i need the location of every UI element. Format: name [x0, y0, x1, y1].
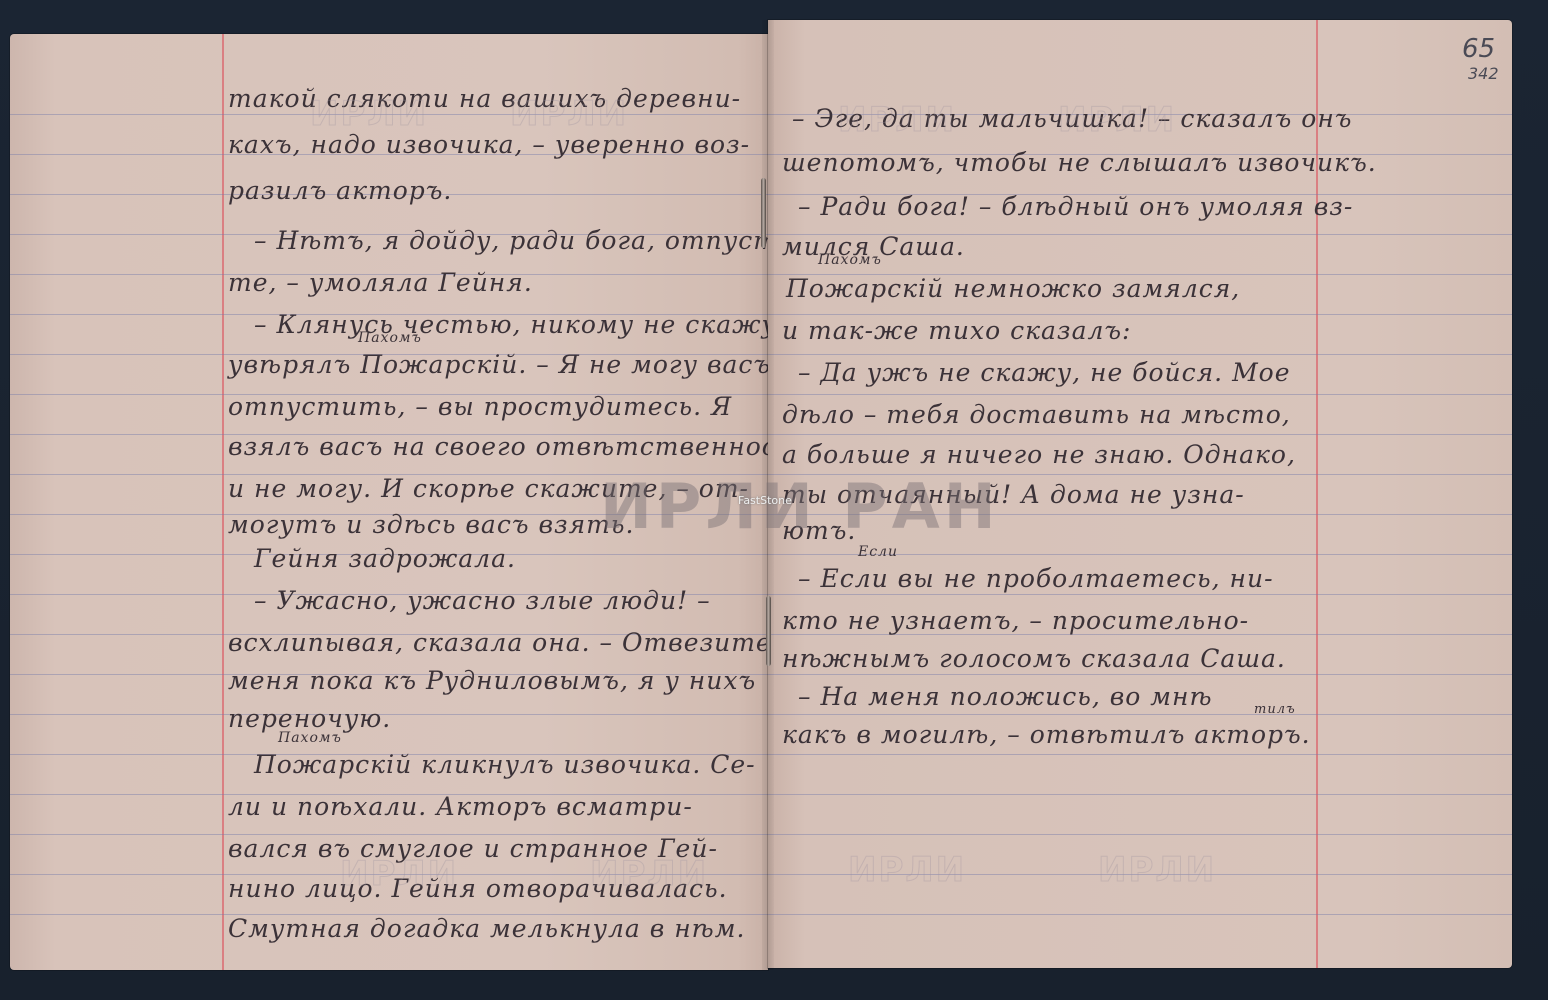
manuscript-line: взялъ васъ на своего отвѣтственность,: [228, 432, 825, 461]
manuscript-line: Гейня задрожала.: [254, 544, 516, 573]
ruled-line: [768, 674, 1512, 675]
manuscript-line: – Ужасно, ужасно злые люди! –: [254, 586, 711, 615]
ruled-line: [768, 434, 1512, 435]
manuscript-line: ли и поѣхали. Акторъ всматри-: [228, 792, 693, 821]
insertion-note: Пахомъ: [818, 252, 882, 268]
ruled-line: [768, 714, 1512, 715]
manuscript-line: шепотомъ, чтобы не слышалъ извочикъ.: [782, 148, 1377, 177]
insertion-note: Если: [858, 544, 898, 560]
manuscript-line: увѣрялъ Пожарскiй. – Я не могу васъ: [228, 350, 771, 379]
ruled-line: [768, 394, 1512, 395]
manuscript-line: могутъ и здѣсь васъ взять.: [228, 510, 634, 539]
manuscript-line: нѣжнымъ голосомъ сказала Саша.: [782, 644, 1286, 673]
left-margin-line: [222, 34, 224, 970]
manuscript-line: Пожарскiй немножко замялся,: [786, 274, 1240, 303]
manuscript-line: кахъ, надо извочика, – уверенно воз-: [228, 130, 750, 159]
watermark-irli: ИРЛИ: [838, 100, 956, 140]
manuscript-line: какъ в могилѣ, – отвѣтилъ акторъ.: [782, 720, 1311, 749]
watermark-irli: ИРЛИ: [590, 854, 708, 894]
manuscript-line: переночую.: [228, 704, 391, 733]
manuscript-line: те, – умоляла Гейня.: [228, 268, 533, 297]
staple-top: [761, 178, 766, 248]
manuscript-line: – Если вы не проболтаетесь, ни-: [798, 564, 1274, 593]
manuscript-line: такой слякоти на вашихъ деревни-: [228, 84, 741, 113]
insertion-note: тилъ: [1254, 702, 1296, 717]
archive-number: 342: [1468, 64, 1499, 83]
ruled-line: [768, 314, 1512, 315]
watermark-irli: ИРЛИ: [848, 850, 966, 890]
manuscript-line: Пожарскiй кликнулъ извочика. Се-: [254, 750, 756, 779]
faststone-watermark: FastStone: [738, 494, 792, 507]
ruled-line: [768, 914, 1512, 915]
ruled-line: [768, 834, 1512, 835]
manuscript-line: Смутная догадка мелькнула в нѣм.: [228, 914, 745, 943]
manuscript-line: а больше я ничего не знаю. Однако,: [782, 440, 1296, 469]
watermark-irli: ИРЛИ: [340, 854, 458, 894]
watermark-irli: ИРЛИ: [310, 94, 428, 134]
manuscript-line: – Клянусь честью, никому не скажу, –: [254, 310, 808, 339]
staple-bottom: [766, 596, 771, 666]
manuscript-line: и так-же тихо сказалъ:: [782, 316, 1131, 345]
watermark-main: ИРЛИ РАН: [600, 470, 1000, 543]
manuscript-line: – Нѣтъ, я дойду, ради бога, отпусти-: [254, 226, 804, 255]
insertion-note: Пахомъ: [278, 730, 342, 746]
insertion-note: Пахомъ: [358, 330, 422, 346]
manuscript-line: меня пока къ Рудниловымъ, я у нихъ: [228, 666, 756, 695]
manuscript-line: – Да ужъ не скажу, не бойся. Мое: [798, 358, 1291, 387]
manuscript-line: – На меня положись, во мнѣ: [798, 682, 1213, 711]
watermark-irli: ИРЛИ: [1058, 100, 1176, 140]
ruled-line: [768, 594, 1512, 595]
ruled-line: [768, 754, 1512, 755]
manuscript-line: – Ради бога! – блѣдный онъ умоляя вз-: [798, 192, 1353, 221]
manuscript-line: всхлипывая, сказала она. – Отвезите: [228, 628, 772, 657]
manuscript-line: отпустить, – вы простудитесь. Я: [228, 392, 732, 421]
watermark-irli: ИРЛИ: [1098, 850, 1216, 890]
watermark-irli: ИРЛИ: [510, 94, 628, 134]
manuscript-line: дѣло – тебя доставить на мѣсто,: [782, 400, 1291, 429]
ruled-line: [768, 354, 1512, 355]
page-number: 65: [1462, 34, 1495, 64]
manuscript-line: разилъ акторъ.: [228, 176, 452, 205]
ruled-line: [768, 794, 1512, 795]
manuscript-line: кто не узнаетъ, – просительно-: [782, 606, 1249, 635]
